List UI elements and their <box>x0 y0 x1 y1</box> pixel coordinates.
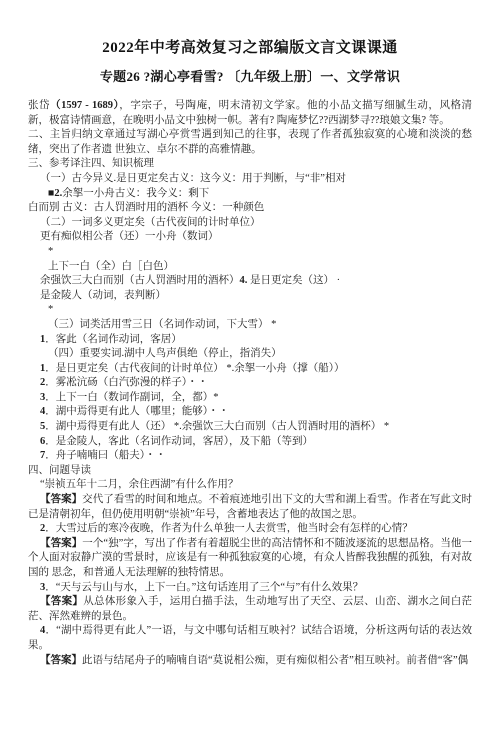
text-segment: 【答案】 <box>40 494 82 505</box>
doc-title: 2022年中考高效复习之部编版文言文课课通 <box>28 36 472 57</box>
text-line: 【答案】此语与结尾舟子的喃喃自语“莫说相公痴，更有痴似相公者”相互映衬。前者借“… <box>28 654 472 669</box>
text-line: （三）词类活用雪三日（名词作动词，下大雪） * <box>28 318 472 333</box>
text-segment: 【答案】 <box>40 538 82 549</box>
text-segment: 更有痴似相公者（还）一小舟（数词） <box>40 231 219 242</box>
text-segment: 上下一白（全）白［白色） <box>48 261 174 272</box>
text-segment: * <box>48 304 53 315</box>
text-segment: ．是日更定矣（古代夜间的计时单位） *.余挐一小舟（撑（船）） <box>45 363 344 374</box>
text-line: 2．雾凇沆砀（白汽弥漫的样子）・・ <box>28 376 472 391</box>
text-segment: * <box>48 246 53 257</box>
text-line: 白而别 古义：古人罚酒时用的酒杯 今义：一种颜色 <box>28 201 472 216</box>
text-line: 6．是金陵人，客此（名词作动词，客居），及下船（等到） <box>28 435 472 450</box>
text-segment: ．“湖中焉得更有此人”一语，与文中哪句话相互映衬？试结合语境，分析这两句话的表达… <box>28 625 472 651</box>
text-segment: 二、主旨归纳文章通过写湖心亭赏雪遇到知己的往事，表现了作者孤独寂寞的心境和淡淡的… <box>28 129 472 155</box>
text-line: 3．“天与云与山与水，上下一白。”这句话连用了三个“与”有什么效果？ <box>28 581 472 596</box>
text-segment: ．是金陵人，客此（名词作动词，客居），及下船（等到） <box>45 436 313 447</box>
text-line: 四、问题导读 <box>28 464 472 479</box>
text-segment: 一个“独”字，写出了作者有着超脱尘世的高洁情怀和不随波逐流的思想品格。当他一个人… <box>28 538 472 578</box>
text-line: （四）重要实词.湖中人鸟声俱绝（停止，指消失） <box>28 347 472 362</box>
text-segment: ．客此（名词作动词，客居） <box>45 334 182 345</box>
text-line: 【答案】从总体形象入手，运用白描手法，生动地写出了天空、云层、山峦、湖水之间白茫… <box>28 595 472 624</box>
text-segment: ．湖中焉得更有此人（哪里；能够）・・ <box>45 406 229 417</box>
text-segment: 交代了看雪的时间和地点。不着痕迹地引出下文的大雪和湖上看雪。作者在写此文时已是清… <box>28 494 472 520</box>
text-segment: （一）古今异义.是日更定矣古义：这今义：用于判断，与“非”相对 <box>40 173 346 184</box>
text-line: 1．客此（名词作动词，客居） <box>28 333 472 348</box>
text-line: “崇祯五年十二月，余住西湖”有什么作用？ <box>28 478 472 493</box>
text-line: * <box>28 245 472 260</box>
doc-body: 张岱（1597 - 1689），字宗子，号陶庵，明末清初文学家。他的小品文描写细… <box>28 99 472 668</box>
text-segment: 是金陵人（动词，表判断） <box>40 290 166 301</box>
text-segment: （四）重要实词.湖中人鸟声俱绝（停止，指消失） <box>48 348 282 359</box>
text-segment: ．“天与云与山与水，上下一白。”这句话连用了三个“与”有什么效果？ <box>45 582 363 593</box>
text-line: 7．舟子喃喃曰（船夫）・・ <box>28 449 472 464</box>
text-segment: 是日更定矣（这） · <box>247 275 340 286</box>
document-page: 2022年中考高效复习之部编版文言文课课通 专题26 ?湖心亭看雪? 〔九年级上… <box>0 0 500 745</box>
text-segment: （1597 - 1689） <box>50 100 119 111</box>
text-line: 2．大雪过后的寒冷夜晚，作者为什么单独一人去赏雪，他当时会有怎样的心情？ <box>28 522 472 537</box>
text-line: 更有痴似相公者（还）一小舟（数词） <box>28 230 472 245</box>
text-segment: ．上下一白（数词作副词，全，都）* <box>45 392 218 403</box>
text-segment: “崇祯五年十二月，余住西湖”有什么作用？ <box>40 479 238 490</box>
text-line: 三、参考译注四、知识梳理 <box>28 157 472 172</box>
text-segment: 从总体形象入手，运用白描手法，生动地写出了天空、云层、山峦、湖水之间白茫茫、浑然… <box>28 596 472 622</box>
text-line: 【答案】一个“独”字，写出了作者有着超脱尘世的高洁情怀和不随波逐流的思想品格。当… <box>28 537 472 581</box>
text-segment: ．舟子喃喃曰（船夫）・・ <box>45 450 166 461</box>
text-segment: 余强饮三大白而别（古人罚酒时用的酒杯） <box>40 275 240 286</box>
text-segment: ．大雪过后的寒冷夜晚，作者为什么单独一人去赏雪，他当时会有怎样的心情？ <box>45 523 413 534</box>
text-segment: 余挐一小舟古义：我今义：剩下 <box>62 188 209 199</box>
text-segment: 此语与结尾舟子的喃喃自语“莫说相公痴，更有痴似相公者”相互映衬。前者借“客”偶 <box>82 655 468 666</box>
text-line: * <box>28 303 472 318</box>
text-line: 3．上下一白（数词作副词，全，都）* <box>28 391 472 406</box>
text-segment: （二）一词多义更定矣（古代夜间的计时单位） <box>40 217 261 228</box>
text-line: 二、主旨归纳文章通过写湖心亭赏雪遇到知己的往事，表现了作者孤独寂寞的心境和淡淡的… <box>28 128 472 157</box>
text-line: 【答案】交代了看雪的时间和地点。不着痕迹地引出下文的大雪和湖上看雪。作者在写此文… <box>28 493 472 522</box>
text-line: （二）一词多义更定矣（古代夜间的计时单位） <box>28 216 472 231</box>
text-segment: 【答案】 <box>40 655 82 666</box>
text-segment: 白而别 古义：古人罚酒时用的酒杯 今义：一种颜色 <box>28 202 264 213</box>
text-line: ■2.余挐一小舟古义：我今义：剩下 <box>28 187 472 202</box>
text-segment: 【答案】 <box>40 596 83 607</box>
text-segment: ．湖中焉得更有此人（还） *.余强饮三大白而别（古人罚酒时用的酒杯） * <box>45 421 389 432</box>
text-line: 5．湖中焉得更有此人（还） *.余强饮三大白而别（古人罚酒时用的酒杯） * <box>28 420 472 435</box>
text-segment: 三、参考译注四、知识梳理 <box>28 158 154 169</box>
text-line: 4．湖中焉得更有此人（哪里；能够）・・ <box>28 405 472 420</box>
text-segment: ．雾凇沆砀（白汽弥漫的样子）・・ <box>45 377 208 388</box>
text-line: 上下一白（全）白［白色） <box>28 260 472 275</box>
text-line: 张岱（1597 - 1689），字宗子，号陶庵，明末清初文学家。他的小品文描写细… <box>28 99 472 128</box>
text-segment: 四、问题导读 <box>28 465 91 476</box>
text-line: 4．“湖中焉得更有此人”一语，与文中哪句话相互映衬？试结合语境，分析这两句话的表… <box>28 624 472 653</box>
text-line: 余强饮三大白而别（古人罚酒时用的酒杯）4. 是日更定矣（这） · <box>28 274 472 289</box>
text-line: 1．是日更定矣（古代夜间的计时单位） *.余挐一小舟（撑（船）） <box>28 362 472 377</box>
text-line: 是金陵人（动词，表判断） <box>28 289 472 304</box>
doc-subtitle: 专题26 ?湖心亭看雪? 〔九年级上册〕一、文学常识 <box>28 66 472 85</box>
text-segment: 张岱 <box>28 100 50 111</box>
text-segment: ■2. <box>48 188 62 199</box>
text-line: （一）古今异义.是日更定矣古义：这今义：用于判断，与“非”相对 <box>28 172 472 187</box>
text-segment: （三）词类活用雪三日（名词作动词，下大雪） * <box>48 319 276 330</box>
